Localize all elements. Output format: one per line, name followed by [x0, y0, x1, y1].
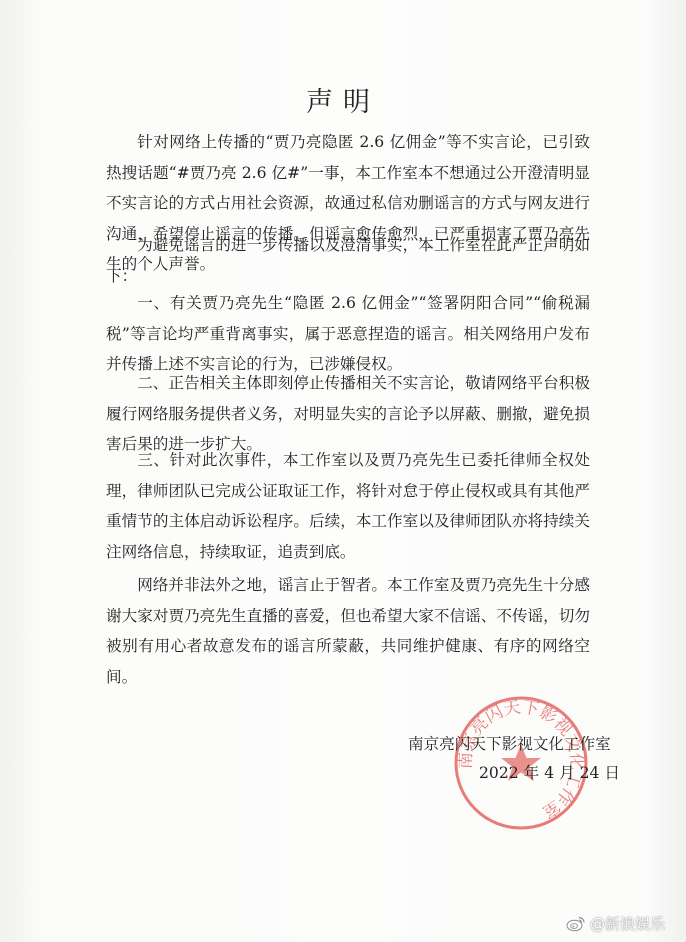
- paragraph-text: 一、有关贾乃亮先生“隐匿 2.6 亿佣金”“签署阴阳合同”“偷税漏税”等言论均严…: [106, 288, 590, 380]
- paragraph-closing: 网络并非法外之地，谣言止于智者。本工作室及贾乃亮先生十分感谢大家对贾乃亮先生直播…: [106, 570, 590, 692]
- signature-date: 2022 年 4 月 24 日: [479, 761, 620, 783]
- document-page: 声明 针对网络上传播的“贾乃亮隐匿 2.6 亿佣金”等不实言论，已引致热搜话题“…: [0, 0, 686, 942]
- document-title: 声明: [0, 80, 686, 119]
- paragraph-text: 三、针对此次事件，本工作室以及贾乃亮先生已委托律师全权处理，律师团队已完成公证取…: [106, 445, 590, 567]
- paragraph-text: 网络并非法外之地，谣言止于智者。本工作室及贾乃亮先生十分感谢大家对贾乃亮先生直播…: [106, 570, 590, 692]
- paragraph-text: 为避免谣言的进一步传播以及澄清事实，本工作室在此严正声明如下：: [106, 230, 590, 291]
- paragraph-point-three: 三、针对此次事件，本工作室以及贾乃亮先生已委托律师全权处理，律师团队已完成公证取…: [106, 445, 590, 567]
- signature: 南京亮闪天下影视文化工作室: [408, 732, 611, 754]
- watermark-text: @新浪娱乐: [590, 913, 665, 934]
- weibo-icon: [566, 914, 586, 932]
- paragraph-point-one: 一、有关贾乃亮先生“隐匿 2.6 亿佣金”“签署阴阳合同”“偷税漏税”等言论均严…: [106, 288, 590, 380]
- paragraph-declaration-lead: 为避免谣言的进一步传播以及澄清事实，本工作室在此严正声明如下：: [106, 230, 590, 291]
- weibo-watermark: @新浪娱乐: [566, 912, 665, 934]
